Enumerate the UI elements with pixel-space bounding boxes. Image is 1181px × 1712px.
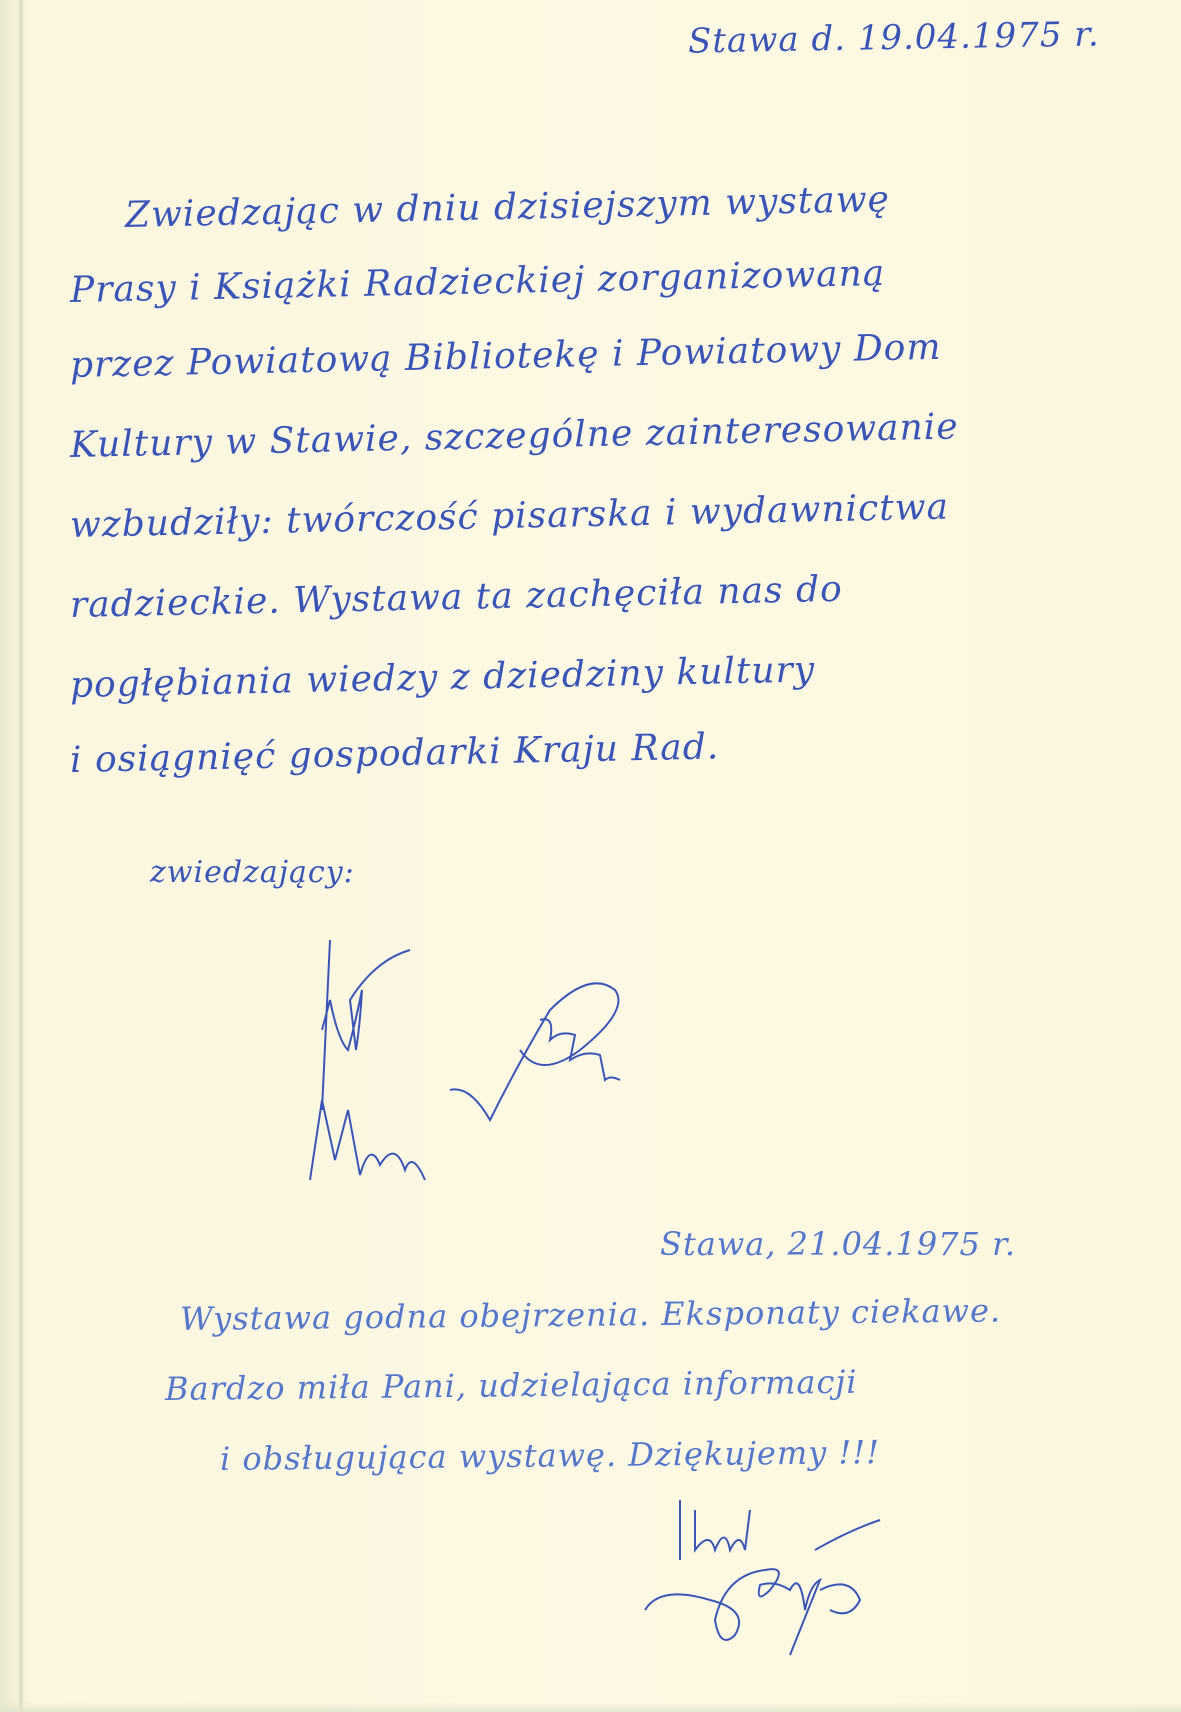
entry-1-line: Prasy i Książki Radzieckiej zorganizowan… xyxy=(70,253,886,311)
entry-1-date: Stawa d. 19.04.1975 r. xyxy=(688,14,1100,61)
guestbook-page: Stawa d. 19.04.1975 r. Zwiedzając w dniu… xyxy=(0,0,1181,1712)
entry-1-line: Zwiedzając w dniu dzisiejszym wystawę xyxy=(125,179,891,236)
entry-1-line: radzieckie. Wystawa ta zachęciła nas do xyxy=(70,569,844,626)
page-bottom-edge xyxy=(0,1702,1181,1712)
entry-2-line: Wystawa godna obejrzenia. Eksponaty ciek… xyxy=(180,1291,1001,1338)
entry-1-line: i osiągnięć gospodarki Kraju Rad. xyxy=(70,726,720,781)
entry-1-line: Kultury w Stawie, szczególne zainteresow… xyxy=(70,406,959,466)
entry-2-line: Bardzo miła Pani, udzielająca informacji xyxy=(165,1363,858,1408)
signature-2 xyxy=(300,1080,460,1200)
signature-3 xyxy=(440,970,660,1130)
signature-4 xyxy=(640,1490,900,1660)
entry-2-line: i obsługująca wystawę. Dziękujemy !!! xyxy=(220,1433,880,1478)
entry-1-closing-label: zwiedzający: xyxy=(150,855,355,890)
entry-1-line: wzbudziły: twórczość pisarska i wydawnic… xyxy=(70,487,950,546)
page-spine-shadow xyxy=(18,0,24,1712)
entry-1-line: pogłębiania wiedzy z dziedziny kultury xyxy=(70,649,816,706)
entry-2-date: Stawa, 21.04.1975 r. xyxy=(660,1225,1016,1263)
entry-1-line: przez Powiatową Bibliotekę i Powiatowy D… xyxy=(70,327,942,386)
